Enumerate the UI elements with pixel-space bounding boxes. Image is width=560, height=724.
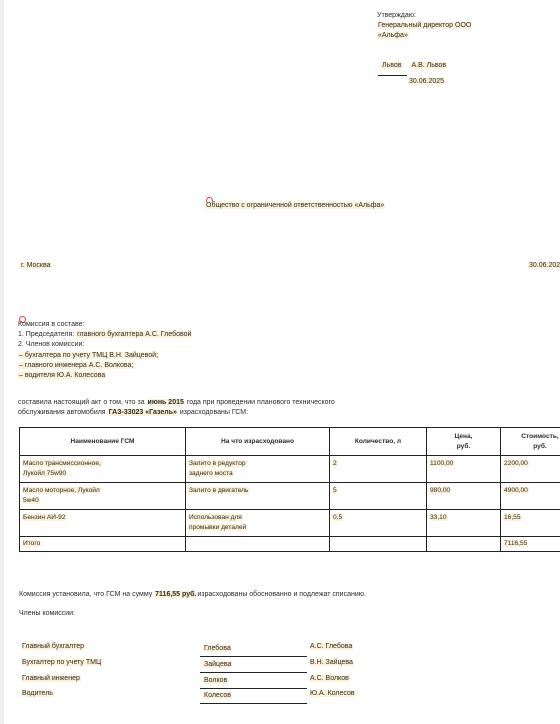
- cell-cost[interactable]: 2200,00: [501, 456, 560, 483]
- col-purpose-header: На что израсходовано: [186, 428, 330, 456]
- cell-purpose[interactable]: Использован дляпромывки деталей: [186, 510, 330, 537]
- signer-role[interactable]: Главный бухгалтер: [21, 643, 85, 650]
- cell-qty[interactable]: 2: [330, 456, 427, 483]
- col-cost-header: Стоимость,руб.: [501, 428, 560, 456]
- signature-row: Главный инженер Волков А.С. Волков: [21, 675, 560, 691]
- cell-cost[interactable]: 16,55: [501, 510, 560, 537]
- organization-name[interactable]: Общество с ограниченной ответственностью…: [205, 202, 385, 209]
- col-qty-header: Количество, л: [330, 428, 427, 456]
- cell-purpose[interactable]: Залито в редукторзаднего моста: [186, 456, 330, 483]
- approve-label: Утверждаю:: [377, 11, 472, 21]
- commission-member[interactable]: – главного инженера А.С. Волкова;: [18, 362, 134, 369]
- signer-name[interactable]: В.Н. Зайцева: [309, 659, 354, 666]
- cell-price[interactable]: 980,00: [427, 483, 501, 510]
- total-value[interactable]: 7116,55: [501, 537, 560, 552]
- signer-name[interactable]: А.С. Волков: [309, 675, 350, 682]
- approval-block: Утверждаю: Генеральный директор ООО «Аль…: [377, 11, 472, 41]
- signer-role[interactable]: Главный инженер: [21, 675, 81, 682]
- approver-company[interactable]: «Альфа»: [377, 32, 409, 39]
- signer-name[interactable]: А.С. Глебова: [309, 643, 353, 650]
- signer-signature[interactable]: Зайцева: [203, 661, 232, 668]
- table-row: Масло моторное, Лукойл5w40 Залито в двиг…: [20, 483, 560, 510]
- signer-name[interactable]: Ю.А. Колесов: [309, 690, 356, 697]
- signature-row: Водитель Колесов Ю.А. Колесов: [21, 690, 560, 706]
- col-price-header: Цена,руб.: [427, 428, 501, 456]
- signature-line: [200, 656, 307, 657]
- table-row: Масло трансмиссионное,Лукойл 75w90 Залит…: [20, 456, 560, 483]
- cell-qty[interactable]: 5: [330, 483, 427, 510]
- approval-date[interactable]: 30.06.2025: [408, 78, 445, 85]
- signer-role[interactable]: Бухгалтер по учету ТМЦ: [21, 659, 102, 666]
- commission-chair[interactable]: главного бухгалтера А.С. Глебовой: [76, 331, 192, 338]
- intro-paragraph: составила настоящий акт о том, что за ию…: [18, 398, 335, 418]
- cell-price[interactable]: 33,10: [427, 510, 501, 537]
- cell-cost[interactable]: 4900,00: [501, 483, 560, 510]
- approver-name[interactable]: А.В. Львов: [410, 62, 447, 69]
- signer-signature[interactable]: Волков: [203, 677, 228, 684]
- vehicle[interactable]: ГАЗ-33023 «Газель»: [108, 409, 178, 416]
- table-total-row: Итого 7116,55: [20, 537, 560, 552]
- approver-signature-line: [378, 75, 407, 76]
- approver-position[interactable]: Генеральный директор ООО: [377, 22, 472, 29]
- signer-role[interactable]: Водитель: [21, 690, 54, 697]
- col-name-header: Наименование ГСМ: [20, 428, 186, 456]
- members-label: Члены комиссии:: [19, 610, 75, 617]
- cell-purpose[interactable]: Залито в двигатель: [186, 483, 330, 510]
- table-row: Бензин АИ-92 Использован дляпромывки дет…: [20, 510, 560, 537]
- total-label[interactable]: Итого: [20, 537, 186, 552]
- signer-signature[interactable]: Глебова: [203, 645, 232, 652]
- period[interactable]: июнь 2015: [147, 399, 185, 406]
- members-heading: 2. Членов комиссии:: [18, 340, 192, 350]
- approver-signature-row: Львов А.В. Львов: [378, 62, 447, 69]
- page-gutter: [0, 0, 4, 724]
- cell-qty[interactable]: 0,5: [330, 510, 427, 537]
- signature-line: [200, 703, 307, 704]
- commission-member[interactable]: – водителя Ю.А. Колесова: [18, 372, 106, 379]
- signature-line: [200, 672, 307, 673]
- cell-name[interactable]: Бензин АИ-92: [20, 510, 186, 537]
- commission-heading: Комиссия в составе:: [18, 320, 192, 330]
- commission-block: Комиссия в составе: 1. Председателя: гла…: [18, 320, 192, 381]
- fuel-table: Наименование ГСМ На что израсходовано Ко…: [19, 427, 560, 552]
- cell-name[interactable]: Масло трансмиссионное,Лукойл 75w90: [20, 456, 186, 483]
- total-amount[interactable]: 7116,55 руб.: [154, 591, 197, 598]
- cell-name[interactable]: Масло моторное, Лукойл5w40: [20, 483, 186, 510]
- signature-line: [200, 688, 307, 689]
- signature-row: Главный бухгалтер Глебова А.С. Глебова: [21, 643, 560, 659]
- signature-row: Бухгалтер по учету ТМЦ Зайцева В.Н. Зайц…: [21, 659, 560, 675]
- city[interactable]: г. Москва: [20, 262, 52, 269]
- conclusion: Комиссия установила, что ГСМ на сумму 71…: [19, 591, 366, 598]
- document-date[interactable]: 30.06.202: [528, 262, 560, 269]
- signer-signature[interactable]: Колесов: [203, 692, 232, 699]
- cell-price[interactable]: 1100,00: [427, 456, 501, 483]
- commission-member[interactable]: – бухгалтера по учету ТМЦ В.Н. Зайцевой;: [18, 352, 159, 359]
- table-header-row: Наименование ГСМ На что израсходовано Ко…: [20, 428, 560, 456]
- approver-signature[interactable]: Львов: [381, 62, 403, 69]
